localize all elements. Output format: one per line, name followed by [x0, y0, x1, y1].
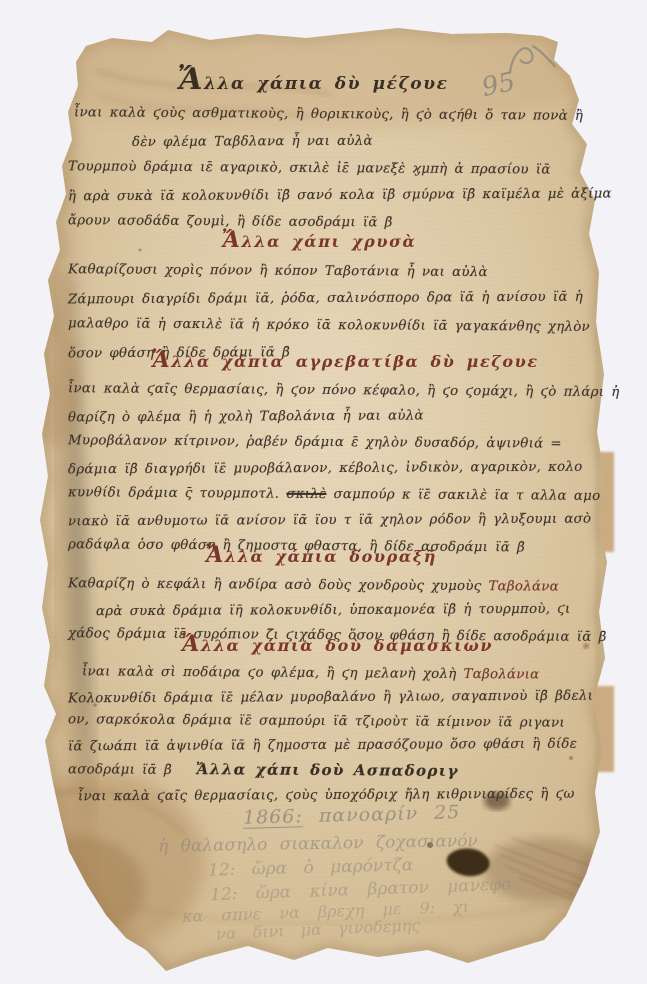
manuscript-content: 95 Ἄλλα χάπια δὺ μέζουεἶναι καλὰ ϛοὺς ασ… — [0, 0, 647, 984]
section-heading: Ἄλλα χάπια δὺ μέζουε — [54, 74, 572, 94]
manuscript-text-span: ἶναι καλὰ σὶ ποδάιρα ϛο φλέμα, ἢ ϛη μελα… — [82, 664, 464, 682]
pencil-date-year: 1866: — [243, 805, 303, 829]
manuscript-line: Μυροβάλανον κίτρινον, ῥαβέν δράμια ε̄ χη… — [68, 428, 586, 458]
manuscript-line: κυνθίδι δράμια ς̄ τουρμποτλ. σκιλὲ σαμπο… — [68, 480, 586, 510]
manuscript-section: Ἄλλα χάπι χρυσὰΚαθαρίζουσι χορὶς πόνον ἢ… — [68, 232, 586, 366]
manuscript-text-span: κυνθίδι δράμια ς̄ τουρμποτλ. — [68, 485, 286, 502]
inline-section-heading: Ἄλλα χάπι δοὺ Ασπαδοριγ — [172, 760, 459, 780]
manuscript-line: ασοδράμι ϊᾱ β̄Ἄλλα χάπι δοὺ Ασπαδοριγ — [68, 756, 586, 786]
section-heading: Ἄλλα χάπια αγρεβατίβα δὺ μεζουε — [86, 352, 604, 371]
pencil-date-text: πανοαρίν 25 — [319, 801, 461, 827]
manuscript-line: δράμια ϊβ̄ διαγρήδι ϊε̄ μυροβάλανον, κέβ… — [68, 455, 586, 484]
manuscript-line: Καθαρίζη ὸ κεφάλι ἢ ανδίρα ασὸ δοὺς χονδ… — [68, 571, 586, 600]
manuscript-line: ον, σαρκόκολα δράμια ϊε̄ σαμπούρι ϊᾱ τζι… — [68, 708, 586, 736]
manuscript-line: ἶναι καλὰ ϛαῖς θερμασίαις, ἢ ϛον πόνο κέ… — [68, 376, 586, 406]
manuscript-text-span: Ταβολάνα — [488, 579, 559, 594]
manuscript-text-span: Καθαρίζη ὸ κεφάλι ἢ ανδίρα ασὸ δοὺς χονδ… — [68, 576, 489, 594]
manuscript-section: Ἄλλα χάπια δοὺ δαμασκιωνἶναι καλὰ σὶ ποδ… — [68, 636, 586, 808]
pencil-note-line: 12: ὥρα ὁ μαρόντζα — [208, 855, 414, 880]
manuscript-line: ἶναι καλὰ ϛοὺς ασθματικοὺς, ἢ θορικικοὺς… — [68, 99, 586, 130]
section-heading: Ἄλλα χάπια δουραξῆ — [62, 547, 580, 566]
manuscript-line: δὲν φλέμα Ταβδλανα ἦ ναι αὐλὰ — [68, 127, 586, 157]
manuscript-line: αρὰ συκὰ δράμια ϊη̄ κολοκυνθίδι, ὑποκαμο… — [68, 597, 586, 625]
manuscript-section: Ἄλλα χάπια δουραξῆΚαθαρίζη ὸ κεφάλι ἢ αν… — [68, 547, 586, 648]
struck-word: σκιλὲ — [286, 487, 326, 502]
manuscript-text-span: Ταβολάνια — [463, 667, 539, 683]
section-heading: Ἄλλα χάπι χρυσὰ — [60, 232, 578, 251]
manuscript-section: Ἄλλα χάπια αγρεβατίβα δὺ μεζουεἶναι καλὰ… — [68, 352, 586, 560]
manuscript-line: Καθαρίζουσι χορὶς πόνον ἢ κόπον Ταβοτάνι… — [68, 256, 586, 287]
manuscript-section: Ἄλλα χάπια δὺ μέζουεἶναι καλὰ ϛοὺς ασθμα… — [68, 74, 586, 236]
manuscript-line: θαρίζη ὸ φλέμα ἢ ἡ χολὴ Ταβολάνια ἦ ναι … — [68, 403, 586, 432]
scanner-background: 95 Ἄλλα χάπια δὺ μέζουεἶναι καλὰ ϛοὺς ασ… — [0, 0, 647, 984]
manuscript-text-span: ασοδράμι ϊᾱ β̄ — [68, 762, 172, 778]
manuscript-line: Τουρμποὺ δράμια ιε̄ αγαρικὸ, σκιλὲ ἰε̄ μ… — [68, 153, 586, 184]
pencil-note-line: ἡ θαλασηλο σιακαλον ζοχασιανόν — [158, 831, 478, 857]
manuscript-line: ἶναι καλὰ σὶ ποδάιρα ϛο φλέμα, ἢ ϛη μελα… — [68, 660, 586, 688]
section-heading: Ἄλλα χάπια δοὺ δαμασκιων — [78, 636, 596, 655]
pencil-date: 1866: πανοαρίν 25 — [243, 801, 461, 829]
manuscript-line: μαλαθρο ϊᾱ ἡ σακιλὲ ϊᾱ ἡ κρόκο ϊᾱ κολοκυ… — [68, 310, 586, 341]
manuscript-line: νιακὸ ϊᾱ ανθυμοτω ϊᾱ ανίσον ϊᾱ ϊου τ ϊᾱ … — [68, 507, 586, 536]
manuscript-line: Ζάμπουρι διαγρίδι δράμι ϊᾱ, ῥόδα, σαλινό… — [68, 284, 586, 314]
manuscript-text-span: σαμπούρ κ ϊε̄ σακιλὲ ϊα τ αλλα αμο — [326, 487, 600, 504]
manuscript-line: ἢ αρὰ συκὰ ϊᾱ κολοκυνθίδι ϊβ̄ σανό κολα … — [68, 181, 586, 211]
manuscript-line: ϊᾱ ζιωάπι ϊᾱ ἀψινθία ϊᾱ ἢ ζημοστα μὲ πρα… — [68, 733, 586, 760]
manuscript-line: Κολοκυνθίδι δράμια ϊε̄ μέλαν μυροβαλάνο … — [68, 685, 586, 712]
